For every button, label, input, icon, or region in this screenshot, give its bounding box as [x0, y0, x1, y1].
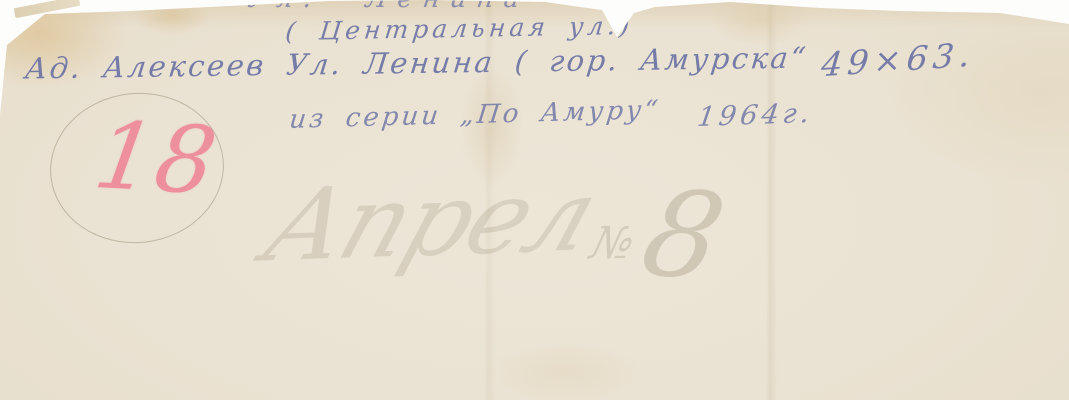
handwriting-series-line: из серии „По Амуру“ [288, 95, 663, 135]
faint-pencil-number-sign: № [586, 218, 640, 269]
faint-pencil-word: Апрел [251, 157, 610, 285]
handwriting-dimensions: 49×63. [820, 35, 977, 85]
faint-pencil-digit: 8 [631, 163, 736, 307]
paper-sheet: Ул. Ленина ( Центральная ул.) Ад. Алексе… [0, 0, 1069, 400]
handwriting-cut-top-line: Ул. Ленина [246, 0, 532, 14]
handwriting-year: 1964г. [695, 98, 815, 133]
handwriting-street-parenthetical: ( Центральная ул.) [284, 11, 635, 46]
red-crayon-number: 18 [88, 105, 224, 212]
handwriting-artist-title-line: Ад. Алексеев Ул. Ленина ( гор. Амурска“ [24, 41, 810, 86]
photo-verso-scan: Ул. Ленина ( Центральная ул.) Ад. Алексе… [0, 0, 1069, 400]
